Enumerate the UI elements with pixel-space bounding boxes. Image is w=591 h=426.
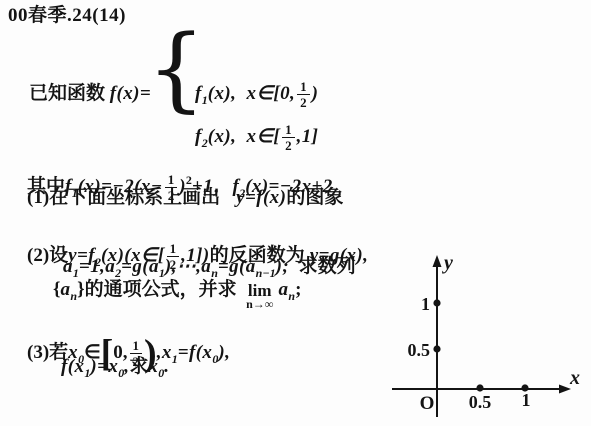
origin-label: O [420,393,435,414]
math-problem-page: 00春季.24(14) 已知函数 f(x)= { f1(x), x∈[0,12)… [0,0,591,426]
point-y-0-5 [433,345,440,352]
y-tick-1: 1 [421,294,430,314]
coordinate-system-figure: y x O 1 0.5 0.5 1 [0,0,591,426]
point-x-0-5 [476,384,483,391]
y-axis-arrow-icon [433,255,442,267]
x-axis-label: x [569,367,580,389]
y-tick-0-5: 0.5 [408,340,431,360]
point-y-1 [433,299,440,306]
x-tick-1: 1 [522,390,531,410]
x-tick-0-5: 0.5 [469,392,492,412]
y-axis-label: y [442,252,453,274]
